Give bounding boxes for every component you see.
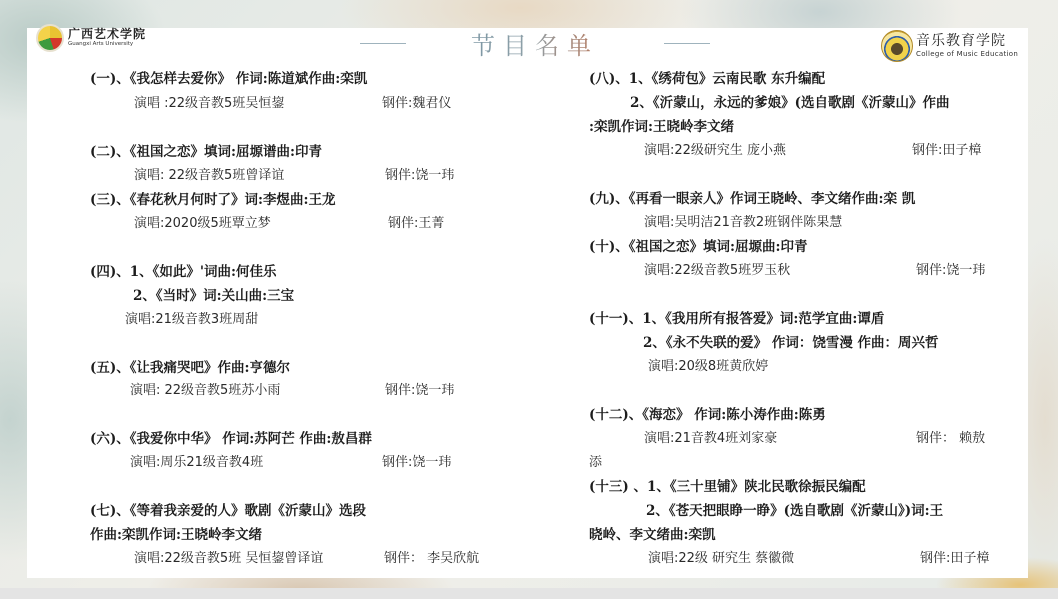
performer-text: 演唱:吴明洁21音教2班钢伴陈果慧: [644, 215, 842, 231]
program-heading-sub: 2、《当时》词:关山曲:三宝: [133, 288, 294, 304]
logo-right-cn: 音乐教育学院: [916, 34, 1018, 48]
accompanist-text: 钢伴： 赖敖: [916, 431, 985, 447]
accompanist-text: 钢伴:王菁: [388, 216, 444, 232]
performer-text: 演唱:22级研究生 庞小燕: [644, 143, 786, 159]
program-heading: (五)、《让我痛哭吧》作曲:亨德尔: [90, 360, 290, 376]
university-emblem-icon: [36, 24, 64, 52]
title-divider-right: [664, 43, 710, 44]
page-title-group: 节目名单: [360, 26, 710, 60]
program-heading-sub: 2、《苍天把眼睁一睁》(选自歌剧《沂蒙山》)词:王: [646, 503, 943, 519]
performer-text: 演唱:21级音教3班周甜: [125, 312, 258, 328]
performer-text: 演唱: 22级音教5班曾译谊: [134, 168, 284, 184]
college-of-music-education-logo: 音乐教育学院 College of Music Education: [881, 28, 1029, 64]
logo-right-en: College of Music Education: [916, 51, 1018, 58]
program-heading-sub: 2、《沂蒙山，永远的爹娘》(选自歌剧《沂蒙山》作曲: [630, 95, 950, 111]
program-heading: (十一)、1、《我用所有报答爱》词:范学宜曲:谭盾: [589, 311, 884, 327]
program-heading: (二)、《祖国之恋》填词:屈塬谱曲:印青: [90, 144, 322, 160]
performer-text: 演唱:21音教4班刘家豪: [644, 431, 777, 447]
accompanist-text: 钢伴： 李吴欣航: [384, 551, 479, 567]
program-heading-sub: 作曲:栾凯作词:王晓岭李文绪: [90, 527, 262, 543]
program-heading: (六)、《我爱你中华》 作词:苏阿芒 作曲:敖昌群: [90, 431, 372, 447]
college-emblem-icon: [881, 30, 913, 62]
accompanist-text: 钢伴:田子樟: [912, 143, 981, 159]
program-heading: (三)、《春花秋月何时了》词:李煜曲:王龙: [90, 192, 336, 208]
logo-left-en: Guangxi Arts University: [68, 42, 146, 48]
accompanist-text: 钢伴:饶一玮: [385, 168, 454, 184]
accompanist-text: 钢伴:田子樟: [920, 551, 989, 567]
accompanist-text: 钢伴:饶一玮: [382, 455, 451, 471]
performer-text: 演唱: 22级音教5班苏小雨: [130, 383, 280, 399]
accompanist-text: 钢伴:饶一玮: [385, 383, 454, 399]
performer-text: 演唱 :22级音教5班吴恒鋆: [134, 96, 284, 112]
program-heading: (十三) 、1、《三十里铺》陕北民歌徐振民编配: [589, 479, 866, 495]
program-heading-wrap: 晓岭、李文绪曲:栾凯: [589, 527, 715, 543]
program-heading: (四)、1、《如此》'词曲:何佳乐: [90, 264, 277, 280]
performer-text: 演唱:22级音教5班罗玉秋: [644, 263, 790, 279]
program-heading: (一)、《我怎样去爱你》 作词:陈道斌作曲:栾凯: [90, 71, 367, 87]
performer-text: 演唱:22级音教5班 吴恒鋆曾译谊: [134, 551, 323, 567]
performer-text: 演唱:22级 研究生 蔡徽微: [648, 551, 794, 567]
accompanist-text: 钢伴:饶一玮: [916, 263, 985, 279]
performer-text: 演唱:周乐21级音教4班: [130, 455, 263, 471]
program-heading: (七)、《等着我亲爱的人》歌剧《沂蒙山》选段: [90, 503, 366, 519]
logo-left-cn: 广西艺术学院: [68, 28, 146, 40]
guangxi-arts-university-logo: 广西艺术学院 Guangxi Arts University: [36, 24, 146, 52]
performer-text: 演唱:20级8班黄欣婷: [648, 359, 768, 375]
program-heading: (九)、《再看一眼亲人》作词王晓岭、李文绪作曲:栾 凯: [589, 191, 915, 207]
program-heading-wrap: :栾凯作词:王晓岭李文绪: [589, 119, 734, 135]
performer-text: 演唱:2020级5班覃立梦: [134, 216, 271, 232]
title-divider-left: [360, 43, 406, 44]
page-title: 节目名单: [471, 26, 599, 61]
program-heading-sub: 2、《永不失联的爱》 作词：饶雪漫 作曲：周兴哲: [643, 335, 939, 351]
program-heading: (八)、1、《绣荷包》云南民歌 东升编配: [589, 71, 825, 87]
program-heading: (十)、《祖国之恋》填词:屈塬曲:印青: [589, 239, 808, 255]
accompanist-text: 钢伴:魏君仪: [382, 96, 451, 112]
accompanist-wrap-text: 添: [589, 455, 602, 471]
program-heading: (十二)、《海恋》 作词:陈小涛作曲:陈勇: [589, 407, 826, 423]
bottom-bar: [0, 588, 1058, 599]
